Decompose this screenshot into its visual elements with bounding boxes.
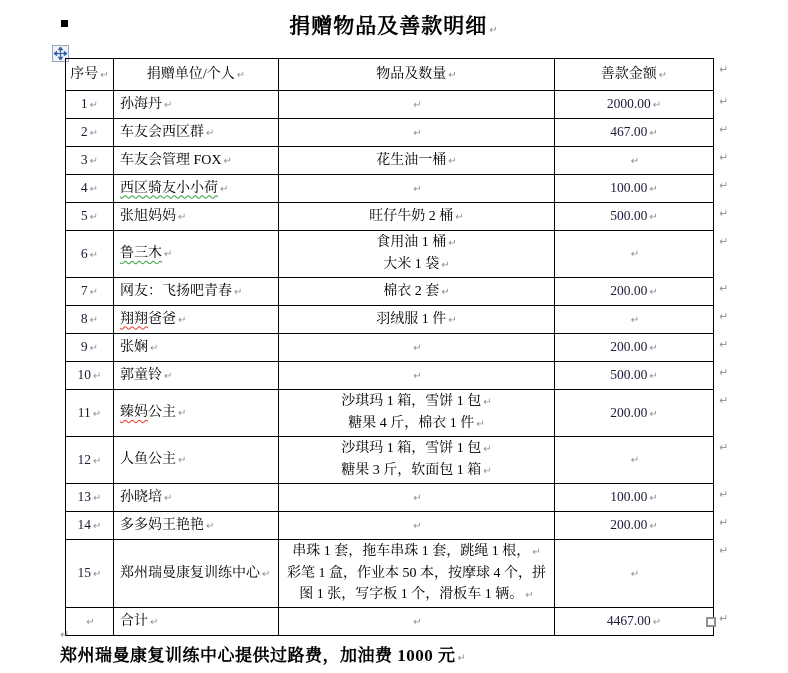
- paragraph-mark: ↵: [458, 653, 467, 664]
- donor-name: 郭童铃: [120, 368, 162, 383]
- item-line: 花生油一桶↵: [281, 150, 552, 172]
- row-end-mark: ↵: [719, 516, 728, 529]
- cell-end-mark: ↵: [90, 184, 98, 195]
- donor-name: 爸爸: [148, 312, 176, 327]
- table-row: 8↵翔翔爸爸↵羽绒服 1 件↵↵: [66, 306, 714, 334]
- donor-name-misspelled: 西区骑友小小荷: [120, 181, 218, 196]
- cell-end-mark: ↵: [631, 249, 639, 260]
- cell-end-mark: ↵: [90, 343, 98, 354]
- table-row: 6↵鲁三木↵食用油 1 桶↵大米 1 袋↵↵: [66, 231, 714, 278]
- cell-donor[interactable]: 张旭妈妈↵: [114, 203, 279, 231]
- cell-end-mark: ↵: [206, 521, 214, 532]
- cell-end-mark: ↵: [649, 493, 657, 504]
- cell-donor[interactable]: 人鱼公主↵: [114, 437, 279, 484]
- cell-amount[interactable]: ↵: [555, 306, 714, 334]
- amount-value: 200.00: [610, 517, 647, 532]
- row-number: 7: [81, 283, 88, 298]
- table-resize-handle[interactable]: [706, 617, 716, 627]
- cell-end-mark: ↵: [448, 70, 456, 81]
- row-number: 10: [78, 367, 92, 382]
- cell-amount[interactable]: 500.00↵: [555, 362, 714, 390]
- cell-donor[interactable]: 孙海丹↵: [114, 91, 279, 119]
- cell-row-number[interactable]: 1↵: [66, 91, 114, 119]
- cell-amount[interactable]: ↵: [555, 231, 714, 278]
- paragraph-mark: ↵: [489, 25, 498, 36]
- table-row: 10↵郭童铃↵↵500.00↵: [66, 362, 714, 390]
- table-row: 11↵臻妈公主↵沙琪玛 1 箱，雪饼 1 包↵糖果 4 斤，棉衣 1 件↵200…: [66, 390, 714, 437]
- total-row: ↵合计↵↵4467.00↵: [66, 608, 714, 636]
- row-number: 14: [78, 517, 92, 532]
- amount-value: 500.00: [610, 367, 647, 382]
- row-number: 1: [81, 96, 88, 111]
- cell-row-number[interactable]: 4↵: [66, 175, 114, 203]
- page-title-text: 捐赠物品及善款明细: [289, 14, 487, 38]
- amount-value: 100.00: [610, 180, 647, 195]
- row-end-mark: ↵: [719, 123, 728, 136]
- cell-end-mark: ↵: [413, 617, 421, 628]
- cell-row-number[interactable]: 5↵: [66, 203, 114, 231]
- cell-donor[interactable]: 鲁三木↵: [114, 231, 279, 278]
- row-number: 2: [81, 124, 88, 139]
- amount-value: 100.00: [610, 489, 647, 504]
- cell-row-number[interactable]: 11↵: [66, 390, 114, 437]
- cell-amount[interactable]: ↵: [555, 437, 714, 484]
- cell-end-mark: ↵: [164, 249, 172, 260]
- cell-donor[interactable]: 郭童铃↵: [114, 362, 279, 390]
- cell-end-mark: ↵: [413, 371, 421, 382]
- row-end-mark: ↵: [719, 366, 728, 379]
- cell-donor[interactable]: 孙晓培↵: [114, 484, 279, 512]
- row-number: 11: [78, 405, 91, 420]
- cell-end-mark: ↵: [206, 128, 214, 139]
- row-end-mark: ↵: [719, 282, 728, 295]
- cell-items[interactable]: ↵: [279, 119, 555, 147]
- amount-value: 2000.00: [607, 96, 651, 111]
- cell-amount[interactable]: ↵: [555, 540, 714, 608]
- table-row: 7↵网友：飞扬吧青春↵棉衣 2 套↵200.00↵: [66, 278, 714, 306]
- item-text: 花生油一桶: [376, 153, 446, 168]
- amount-value: 500.00: [610, 208, 647, 223]
- donor-name: 车友会管理 FOX: [120, 153, 222, 168]
- cell-end-mark: ↵: [476, 419, 484, 430]
- item-text: 彩笔 1 盒，作业本 50 本，按摩球 4 个，拼: [287, 566, 546, 581]
- cell-end-mark: ↵: [649, 184, 657, 195]
- table-row: 15↵郑州瑞曼康复训练中心↵串珠 1 套，拖车串珠 1 套，跳绳 1 根，↵彩笔…: [66, 540, 714, 608]
- row-end-mark: ↵: [719, 612, 728, 625]
- cell-end-mark: ↵: [413, 184, 421, 195]
- cell-row-number[interactable]: 15↵: [66, 540, 114, 608]
- item-line: 旺仔牛奶 2 桶↵: [281, 206, 552, 228]
- table-row: 4↵西区骑友小小荷↵↵100.00↵: [66, 175, 714, 203]
- row-number: 5: [81, 208, 88, 223]
- cell-amount[interactable]: 200.00↵: [555, 278, 714, 306]
- cell-amount[interactable]: ↵: [555, 147, 714, 175]
- item-text: 糖果 3 斤，软面包 1 箱: [341, 463, 481, 478]
- cell-end-mark: ↵: [93, 493, 101, 504]
- cell-end-mark: ↵: [413, 343, 421, 354]
- empty-paragraph-mark: ↵: [60, 628, 69, 641]
- cell-amount[interactable]: 200.00↵: [555, 512, 714, 540]
- donor-name: 合计: [120, 614, 148, 629]
- cell-end-mark: ↵: [649, 212, 657, 223]
- cell-items[interactable]: ↵: [279, 608, 555, 636]
- cell-end-mark: ↵: [441, 260, 449, 271]
- item-line: 糖果 4 斤，棉衣 1 件↵: [281, 413, 552, 435]
- item-text: 棉衣 2 套: [383, 284, 439, 299]
- document-page: 捐赠物品及善款明细↵ 序号↵ 捐赠单位/个人↵ 物品及数量↵ 善款金额↵ 1↵孙…: [0, 0, 788, 673]
- cell-end-mark: ↵: [90, 315, 98, 326]
- donor-name: 车友会西区群: [120, 125, 204, 140]
- table-row: 2↵车友会西区群↵↵467.00↵: [66, 119, 714, 147]
- cell-row-number[interactable]: 14↵: [66, 512, 114, 540]
- table-row: 14↵多多妈王艳艳↵↵200.00↵: [66, 512, 714, 540]
- table-row: 5↵张旭妈妈↵旺仔牛奶 2 桶↵500.00↵: [66, 203, 714, 231]
- item-line: 糖果 3 斤，软面包 1 箱↵: [281, 460, 552, 482]
- cell-end-mark: ↵: [413, 521, 421, 532]
- cell-row-number[interactable]: ↵: [66, 608, 114, 636]
- cell-items[interactable]: 串珠 1 套，拖车串珠 1 套，跳绳 1 根，↵彩笔 1 盒，作业本 50 本，…: [279, 540, 555, 608]
- cell-end-mark: ↵: [93, 569, 101, 580]
- cell-end-mark: ↵: [224, 156, 232, 167]
- cell-end-mark: ↵: [413, 128, 421, 139]
- table-row: 9↵张娴↵↵200.00↵: [66, 334, 714, 362]
- row-number: 12: [78, 452, 92, 467]
- donor-name: 多多妈王艳艳: [120, 518, 204, 533]
- cell-end-mark: ↵: [631, 569, 639, 580]
- cell-donor[interactable]: 翔翔爸爸↵: [114, 306, 279, 334]
- donor-name: 张旭妈妈: [120, 209, 176, 224]
- row-number: 9: [81, 339, 88, 354]
- cell-amount[interactable]: 100.00↵: [555, 484, 714, 512]
- cell-amount[interactable]: 200.00↵: [555, 334, 714, 362]
- item-text: 羽绒服 1 件: [376, 312, 446, 327]
- donor-name: 网友：飞扬吧青春: [120, 284, 232, 299]
- row-end-mark: ↵: [719, 63, 728, 76]
- cell-end-mark: ↵: [448, 238, 456, 249]
- item-text: 大米 1 袋: [383, 257, 439, 272]
- cell-end-mark: ↵: [150, 617, 158, 628]
- cell-items[interactable]: 花生油一桶↵: [279, 147, 555, 175]
- donation-table: 序号↵ 捐赠单位/个人↵ 物品及数量↵ 善款金额↵ 1↵孙海丹↵↵2000.00…: [65, 58, 714, 636]
- cell-end-mark: ↵: [178, 315, 186, 326]
- cell-end-mark: ↵: [483, 444, 491, 455]
- cell-end-mark: ↵: [234, 287, 242, 298]
- cell-items[interactable]: ↵: [279, 484, 555, 512]
- cell-row-number[interactable]: 7↵: [66, 278, 114, 306]
- cell-amount[interactable]: 500.00↵: [555, 203, 714, 231]
- cell-items[interactable]: ↵: [279, 175, 555, 203]
- cell-end-mark: ↵: [649, 409, 657, 420]
- header-row: 序号↵ 捐赠单位/个人↵ 物品及数量↵ 善款金额↵: [66, 59, 714, 91]
- cell-end-mark: ↵: [649, 371, 657, 382]
- item-line: 食用油 1 桶↵: [281, 232, 552, 254]
- item-line: 图 1 张，写字板 1 个，滑板车 1 辆。↵: [281, 584, 552, 606]
- cell-end-mark: ↵: [90, 156, 98, 167]
- donor-name: 孙晓培: [120, 490, 162, 505]
- table-row: 3↵车友会管理 FOX↵花生油一桶↵↵: [66, 147, 714, 175]
- cell-amount[interactable]: 2000.00↵: [555, 91, 714, 119]
- item-line: 棉衣 2 套↵: [281, 281, 552, 303]
- cell-row-number[interactable]: 10↵: [66, 362, 114, 390]
- item-line: 沙琪玛 1 箱，雪饼 1 包↵: [281, 438, 552, 460]
- row-end-mark: ↵: [719, 441, 728, 454]
- cell-items[interactable]: 食用油 1 桶↵大米 1 袋↵: [279, 231, 555, 278]
- donor-name: 孙海丹: [120, 97, 162, 112]
- header-cell-no[interactable]: 序号↵: [66, 59, 114, 91]
- row-number: 15: [78, 565, 92, 580]
- table-row: 13↵孙晓培↵↵100.00↵: [66, 484, 714, 512]
- cell-items[interactable]: 旺仔牛奶 2 桶↵: [279, 203, 555, 231]
- cell-end-mark: ↵: [164, 493, 172, 504]
- row-number: 8: [81, 311, 88, 326]
- cell-donor[interactable]: 多多妈王艳艳↵: [114, 512, 279, 540]
- cell-donor[interactable]: 张娴↵: [114, 334, 279, 362]
- cell-end-mark: ↵: [413, 100, 421, 111]
- item-text: 食用油 1 桶: [376, 235, 446, 250]
- donor-name-misspelled: 鲁三木: [120, 246, 162, 261]
- table-row: 1↵孙海丹↵↵2000.00↵: [66, 91, 714, 119]
- cell-donor[interactable]: 西区骑友小小荷↵: [114, 175, 279, 203]
- cell-end-mark: ↵: [90, 212, 98, 223]
- row-end-mark: ↵: [719, 235, 728, 248]
- row-end-mark: ↵: [719, 544, 728, 557]
- item-text: 串珠 1 套，拖车串珠 1 套，跳绳 1 根，: [292, 544, 530, 559]
- cell-end-mark: ↵: [455, 212, 463, 223]
- cell-end-mark: ↵: [90, 250, 98, 261]
- cell-row-number[interactable]: 13↵: [66, 484, 114, 512]
- cell-row-number[interactable]: 6↵: [66, 231, 114, 278]
- item-text: 沙琪玛 1 箱，雪饼 1 包: [341, 441, 481, 456]
- cell-end-mark: ↵: [86, 617, 94, 628]
- cell-row-number[interactable]: 12↵: [66, 437, 114, 484]
- item-text: 沙琪玛 1 箱，雪饼 1 包: [341, 394, 481, 409]
- table-row: 12↵人鱼公主↵沙琪玛 1 箱，雪饼 1 包↵糖果 3 斤，软面包 1 箱↵↵: [66, 437, 714, 484]
- cell-end-mark: ↵: [178, 455, 186, 466]
- cell-end-mark: ↵: [220, 184, 228, 195]
- row-end-mark: ↵: [719, 151, 728, 164]
- row-end-mark: ↵: [719, 310, 728, 323]
- donor-name-misspelled: 翔翔: [120, 312, 148, 327]
- cell-items[interactable]: 棉衣 2 套↵: [279, 278, 555, 306]
- cell-end-mark: ↵: [90, 287, 98, 298]
- cell-row-number[interactable]: 9↵: [66, 334, 114, 362]
- cell-end-mark: ↵: [649, 521, 657, 532]
- row-end-mark: ↵: [719, 488, 728, 501]
- item-text: 旺仔牛奶 2 桶: [369, 209, 453, 224]
- cell-end-mark: ↵: [93, 371, 101, 382]
- donor-name: 张娴: [120, 340, 148, 355]
- cell-end-mark: ↵: [649, 128, 657, 139]
- cell-items[interactable]: ↵: [279, 362, 555, 390]
- amount-value: 467.00: [610, 124, 647, 139]
- cell-end-mark: ↵: [262, 569, 270, 580]
- cell-end-mark: ↵: [649, 287, 657, 298]
- cell-end-mark: ↵: [164, 100, 172, 111]
- cell-donor[interactable]: 合计↵: [114, 608, 279, 636]
- row-end-mark: ↵: [719, 338, 728, 351]
- cell-end-mark: ↵: [93, 521, 101, 532]
- cell-donor[interactable]: 臻妈公主↵: [114, 390, 279, 437]
- row-number: 6: [81, 246, 88, 261]
- row-number: 13: [78, 489, 92, 504]
- footnote-text: 郑州瑞曼康复训练中心提供过路费，加油费 1000 元: [60, 646, 456, 665]
- item-line: 羽绒服 1 件↵: [281, 309, 552, 331]
- cell-end-mark: ↵: [483, 397, 491, 408]
- cell-end-mark: ↵: [631, 156, 639, 167]
- item-text: 糖果 4 斤，棉衣 1 件: [348, 416, 474, 431]
- cell-items[interactable]: ↵: [279, 334, 555, 362]
- cell-donor[interactable]: 郑州瑞曼康复训练中心↵: [114, 540, 279, 608]
- cell-amount[interactable]: 4467.00↵: [555, 608, 714, 636]
- donor-name: 郑州瑞曼康复训练中心: [120, 566, 260, 581]
- donor-name: 公主: [148, 405, 176, 420]
- cell-items[interactable]: 沙琪玛 1 箱，雪饼 1 包↵糖果 3 斤，软面包 1 箱↵: [279, 437, 555, 484]
- cell-end-mark: ↵: [631, 315, 639, 326]
- cell-end-mark: ↵: [150, 343, 158, 354]
- amount-value: 200.00: [610, 405, 647, 420]
- cell-end-mark: ↵: [483, 466, 491, 477]
- cell-end-mark: ↵: [413, 493, 421, 504]
- cell-row-number[interactable]: 3↵: [66, 147, 114, 175]
- cell-end-mark: ↵: [448, 156, 456, 167]
- cell-amount[interactable]: 467.00↵: [555, 119, 714, 147]
- cell-amount[interactable]: 100.00↵: [555, 175, 714, 203]
- cell-end-mark: ↵: [653, 100, 661, 111]
- header-cell-items[interactable]: 物品及数量↵: [279, 59, 555, 91]
- cell-end-mark: ↵: [448, 315, 456, 326]
- row-end-mark: ↵: [719, 179, 728, 192]
- row-end-mark: ↵: [719, 394, 728, 407]
- header-cell-amount[interactable]: 善款金额↵: [555, 59, 714, 91]
- cell-row-number[interactable]: 8↵: [66, 306, 114, 334]
- cell-donor[interactable]: 车友会西区群↵: [114, 119, 279, 147]
- cell-items[interactable]: 羽绒服 1 件↵: [279, 306, 555, 334]
- row-number: 3: [81, 152, 88, 167]
- row-end-mark: ↵: [719, 95, 728, 108]
- cell-items[interactable]: ↵: [279, 91, 555, 119]
- cell-end-mark: ↵: [93, 456, 101, 467]
- cell-amount[interactable]: 200.00↵: [555, 390, 714, 437]
- cell-end-mark: ↵: [93, 409, 101, 420]
- page-title[interactable]: 捐赠物品及善款明细↵: [0, 10, 788, 40]
- cell-end-mark: ↵: [178, 408, 186, 419]
- donor-name: 人鱼公主: [120, 452, 176, 467]
- cell-end-mark: ↵: [90, 128, 98, 139]
- table-body: 1↵孙海丹↵↵2000.00↵2↵车友会西区群↵↵467.00↵3↵车友会管理 …: [66, 91, 714, 636]
- cell-end-mark: ↵: [100, 70, 108, 81]
- amount-value: 4467.00: [607, 613, 651, 628]
- amount-value: 200.00: [610, 283, 647, 298]
- cell-donor[interactable]: 车友会管理 FOX↵: [114, 147, 279, 175]
- row-number: 4: [81, 180, 88, 195]
- cell-end-mark: ↵: [659, 70, 667, 81]
- cell-end-mark: ↵: [653, 617, 661, 628]
- cell-end-mark: ↵: [441, 287, 449, 298]
- footnote[interactable]: 郑州瑞曼康复训练中心提供过路费，加油费 1000 元↵: [60, 641, 466, 666]
- cell-end-mark: ↵: [631, 455, 639, 466]
- cell-end-mark: ↵: [649, 343, 657, 354]
- item-text: 图 1 张，写字板 1 个，滑板车 1 辆。: [299, 587, 523, 602]
- row-end-mark: ↵: [719, 207, 728, 220]
- cell-row-number[interactable]: 2↵: [66, 119, 114, 147]
- cell-end-mark: ↵: [532, 547, 540, 558]
- item-line: 大米 1 袋↵: [281, 254, 552, 276]
- cell-donor[interactable]: 网友：飞扬吧青春↵: [114, 278, 279, 306]
- item-line: 串珠 1 套，拖车串珠 1 套，跳绳 1 根，↵: [281, 541, 552, 563]
- cell-items[interactable]: ↵: [279, 512, 555, 540]
- cell-end-mark: ↵: [178, 212, 186, 223]
- item-line: 沙琪玛 1 箱，雪饼 1 包↵: [281, 391, 552, 413]
- header-cell-donor[interactable]: 捐赠单位/个人↵: [114, 59, 279, 91]
- item-line: 彩笔 1 盒，作业本 50 本，按摩球 4 个，拼: [281, 563, 552, 584]
- donor-name-misspelled: 臻妈: [120, 405, 148, 420]
- cell-items[interactable]: 沙琪玛 1 箱，雪饼 1 包↵糖果 4 斤，棉衣 1 件↵: [279, 390, 555, 437]
- cell-end-mark: ↵: [237, 70, 245, 81]
- cell-end-mark: ↵: [164, 371, 172, 382]
- amount-value: 200.00: [610, 339, 647, 354]
- cell-end-mark: ↵: [90, 100, 98, 111]
- cell-end-mark: ↵: [525, 590, 533, 601]
